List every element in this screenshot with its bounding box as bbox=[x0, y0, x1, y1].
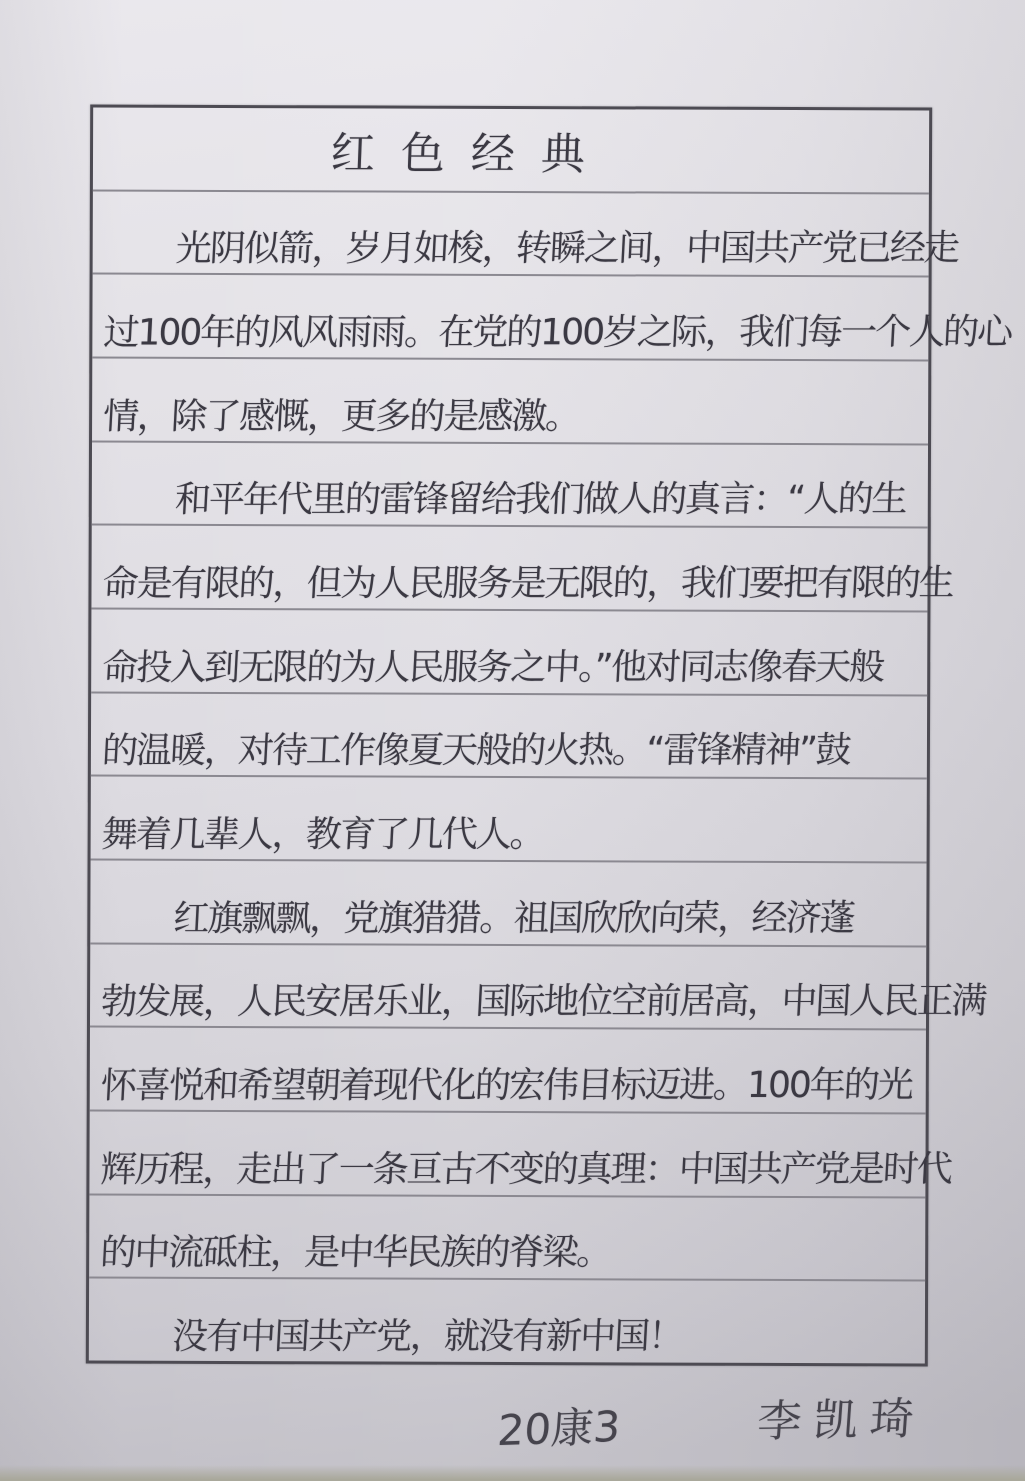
essay-line: 命投入到无限的为人民服务之中。”他对同志像春天般 bbox=[101, 650, 884, 692]
essay-row: 舞着几辈人，教育了几代人。 bbox=[91, 777, 927, 864]
desk-surface-edge bbox=[0, 1465, 1025, 1481]
essay-line: 情，除了感慨，更多的是感激。 bbox=[102, 399, 580, 440]
essay-row: 和平年代里的雷锋留给我们做人的真言：“人的生 bbox=[92, 442, 928, 529]
essay-line: 的温暖，对待工作像夏天般的火热。“雷锋精神”鼓 bbox=[101, 733, 851, 775]
essay-row: 勃发展，人民安居乐业，国际地位空前居高，中国人民正满 bbox=[90, 944, 926, 1031]
essay-row: 的温暖，对待工作像夏天般的火热。“雷锋精神”鼓 bbox=[91, 693, 927, 780]
essay-title: 红色经典 bbox=[330, 117, 612, 182]
footer-row: 20康3 李凯琦 bbox=[0, 1382, 1025, 1464]
essay-line: 没有中国共产党，就没有新中国！ bbox=[99, 1319, 683, 1360]
essay-row: 情，除了感慨，更多的是感激。 bbox=[92, 359, 928, 446]
essay-line: 的中流砥柱，是中华民族的脊梁。 bbox=[99, 1236, 611, 1277]
essay-row: 没有中国共产党，就没有新中国！ bbox=[89, 1279, 925, 1364]
title-row: 红色经典 bbox=[93, 108, 929, 195]
essay-line: 辉历程，走出了一条亘古不变的真理：中国共产党是时代 bbox=[99, 1152, 951, 1194]
essay-line: 过100年的风风雨雨。在党的100岁之际，我们每一个人的心 bbox=[102, 315, 1012, 357]
essay-row: 的中流砥柱，是中华民族的脊梁。 bbox=[89, 1195, 925, 1282]
essay-line: 勃发展，人民安居乐业，国际地位空前居高，中国人民正满 bbox=[100, 984, 986, 1026]
essay-row: 光阴似箭，岁月如梭，转瞬之间，中国共产党已经走 bbox=[93, 191, 929, 278]
writing-frame: 红色经典 光阴似箭，岁月如梭，转瞬之间，中国共产党已经走 过100年的风风雨雨。… bbox=[86, 105, 932, 1367]
footer-class-label: 20康3 bbox=[496, 1394, 623, 1458]
essay-line: 命是有限的，但为人民服务是无限的，我们要把有限的生 bbox=[101, 566, 953, 608]
essay-row: 过100年的风风雨雨。在党的100岁之际，我们每一个人的心 bbox=[92, 275, 928, 362]
essay-line: 舞着几辈人，教育了几代人。 bbox=[101, 817, 545, 858]
essay-row: 红旗飘飘，党旗猎猎。祖国欣欣向荣，经济蓬 bbox=[90, 861, 926, 948]
essay-row: 辉历程，走出了一条亘古不变的真理：中国共产党是时代 bbox=[89, 1112, 925, 1199]
essay-line: 红旗飘飘，党旗猎猎。祖国欣欣向荣，经济蓬 bbox=[100, 901, 854, 943]
essay-row: 命是有限的，但为人民服务是无限的，我们要把有限的生 bbox=[91, 526, 927, 613]
essay-row: 怀喜悦和希望朝着现代化的宏伟目标迈进。100年的光 bbox=[90, 1028, 926, 1115]
essay-line: 怀喜悦和希望朝着现代化的宏伟目标迈进。100年的光 bbox=[100, 1068, 913, 1110]
essay-row: 命投入到无限的为人民服务之中。”他对同志像春天般 bbox=[91, 610, 927, 697]
essay-line: 光阴似箭，岁月如梭，转瞬之间，中国共产党已经走 bbox=[103, 231, 959, 273]
essay-photo: 红色经典 光阴似箭，岁月如梭，转瞬之间，中国共产党已经走 过100年的风风雨雨。… bbox=[0, 0, 1025, 1481]
footer-signature: 李凯琦 bbox=[756, 1383, 929, 1450]
essay-line: 和平年代里的雷锋留给我们做人的真言：“人的生 bbox=[102, 482, 907, 524]
